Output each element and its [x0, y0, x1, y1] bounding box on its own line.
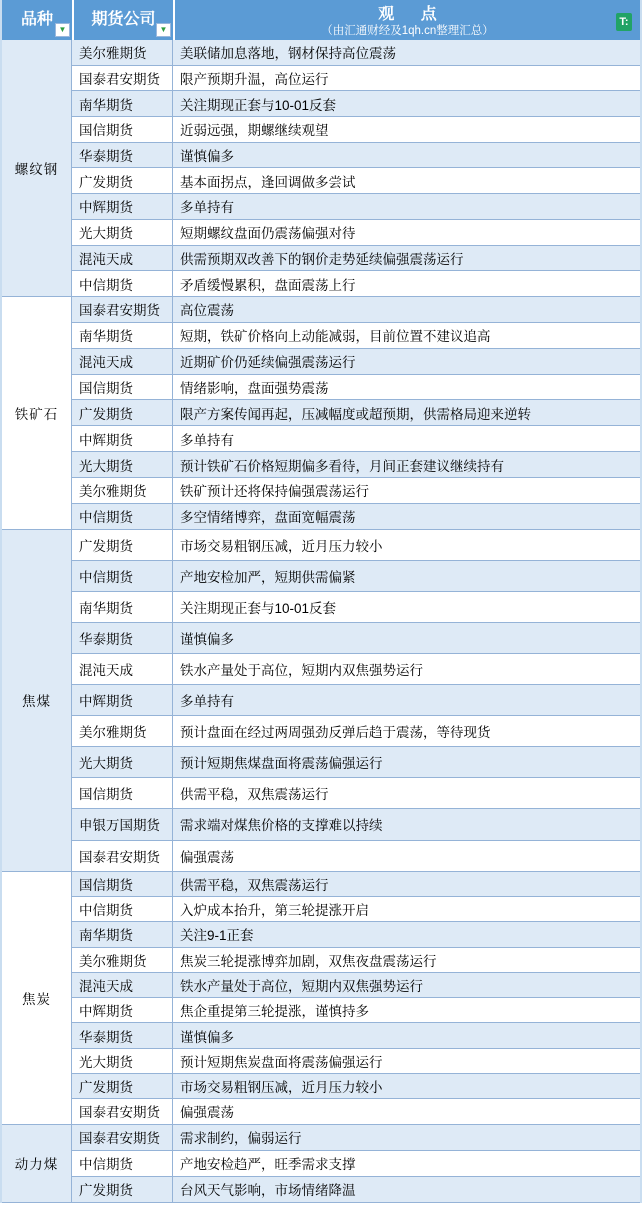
table-row: 中辉期货多单持有	[72, 194, 640, 220]
table-row: 美尔雅期货美联储加息落地，钢材保持高位震荡	[72, 40, 640, 66]
company-cell[interactable]: 国信期货	[72, 375, 173, 400]
table-row: 中信期货产地安检趋严，旺季需求支撑	[72, 1151, 640, 1177]
view-cell[interactable]: 限产方案传闻再起，压减幅度或超预期，供需格局迎来逆转	[173, 400, 640, 425]
view-cell[interactable]: 限产预期升温，高位运行	[173, 66, 640, 91]
view-cell[interactable]: 需求制约，偏弱运行	[173, 1125, 640, 1150]
table-row: 南华期货关注期现正套与10-01反套	[72, 592, 640, 623]
table-row: 国泰君安期货偏强震荡	[72, 841, 640, 872]
company-cell[interactable]: 国信期货	[72, 778, 173, 808]
table-row: 美尔雅期货预计盘面在经过两周强劲反弹后趋于震荡，等待现货	[72, 716, 640, 747]
section-rows: 国泰君安期货需求制约，偏弱运行中信期货产地安检趋严，旺季需求支撑广发期货台风天气…	[72, 1125, 640, 1203]
company-cell[interactable]: 美尔雅期货	[72, 478, 173, 503]
table-row: 华泰期货谨慎偏多	[72, 623, 640, 654]
company-cell[interactable]: 混沌天成	[72, 349, 173, 374]
view-column-title: 观 点	[378, 5, 436, 24]
table-row: 混沌天成近期矿价仍延续偏强震荡运行	[72, 349, 640, 375]
table-row: 广发期货台风天气影响，市场情绪降温	[72, 1177, 640, 1203]
company-cell[interactable]: 中信期货	[72, 504, 173, 529]
company-cell[interactable]: 光大期货	[72, 452, 173, 477]
table-row: 华泰期货谨慎偏多	[72, 1023, 640, 1048]
variety-cell[interactable]: 动力煤	[2, 1125, 72, 1203]
variety-cell[interactable]: 螺纹钢	[2, 40, 72, 297]
variety-cell[interactable]: 铁矿石	[2, 297, 72, 530]
company-column-title: 期货公司	[91, 11, 155, 29]
view-cell[interactable]: 关注期现正套与10-01反套	[173, 91, 640, 116]
company-cell[interactable]: 国信期货	[72, 872, 173, 896]
table-row: 中辉期货多单持有	[72, 685, 640, 716]
views-table: 品种 ▼ 期货公司 ▼ 观 点 （由汇通财经及1qh.cn整理汇总） T: 螺纹…	[0, 0, 642, 1203]
company-cell[interactable]: 广发期货	[72, 530, 173, 560]
table-body: 螺纹钢美尔雅期货美联储加息落地，钢材保持高位震荡国泰君安期货限产预期升温，高位运…	[2, 40, 640, 1203]
header-cell-view: 观 点 （由汇通财经及1qh.cn整理汇总） T:	[173, 0, 640, 40]
company-cell[interactable]: 南华期货	[72, 922, 173, 946]
company-cell[interactable]: 广发期货	[72, 1177, 173, 1202]
view-cell[interactable]: 入炉成本抬升，第三轮提涨开启	[173, 897, 640, 921]
huitong-logo-icon: T:	[616, 13, 632, 31]
company-cell[interactable]: 光大期货	[72, 747, 173, 777]
table-row: 光大期货预计短期焦煤盘面将震荡偏强运行	[72, 747, 640, 778]
view-cell[interactable]: 多空情绪博弈，盘面宽幅震荡	[173, 504, 640, 529]
table-header: 品种 ▼ 期货公司 ▼ 观 点 （由汇通财经及1qh.cn整理汇总） T:	[2, 0, 640, 40]
view-cell[interactable]: 供需平稳，双焦震荡运行	[173, 778, 640, 808]
table-row: 南华期货关注9-1正套	[72, 922, 640, 947]
header-cell-company: 期货公司 ▼	[72, 0, 173, 40]
table-row: 国泰君安期货限产预期升温，高位运行	[72, 66, 640, 92]
view-cell[interactable]: 供需预期双改善下的钢价走势延续偏强震荡运行	[173, 246, 640, 271]
company-cell[interactable]: 中信期货	[72, 1151, 173, 1176]
table-row: 国泰君安期货需求制约，偏弱运行	[72, 1125, 640, 1151]
view-cell[interactable]: 矛盾缓慢累积，盘面震荡上行	[173, 271, 640, 296]
view-cell[interactable]: 谨慎偏多	[173, 143, 640, 168]
section-rows: 广发期货市场交易粗钢压减，近月压力较小中信期货产地安检加严，短期供需偏紧南华期货…	[72, 530, 640, 872]
commodity-section: 焦煤广发期货市场交易粗钢压减，近月压力较小中信期货产地安检加严，短期供需偏紧南华…	[2, 530, 640, 872]
table-row: 华泰期货谨慎偏多	[72, 143, 640, 169]
table-row: 混沌天成供需预期双改善下的钢价走势延续偏强震荡运行	[72, 246, 640, 272]
company-cell[interactable]: 光大期货	[72, 220, 173, 245]
company-cell[interactable]: 美尔雅期货	[72, 40, 173, 65]
table-row: 广发期货市场交易粗钢压减，近月压力较小	[72, 1074, 640, 1099]
company-cell[interactable]: 南华期货	[72, 323, 173, 348]
table-row: 国信期货近弱远强，期螺继续观望	[72, 117, 640, 143]
commodity-section: 螺纹钢美尔雅期货美联储加息落地，钢材保持高位震荡国泰君安期货限产预期升温，高位运…	[2, 40, 640, 297]
company-cell[interactable]: 混沌天成	[72, 654, 173, 684]
view-cell[interactable]: 近弱远强，期螺继续观望	[173, 117, 640, 142]
company-cell[interactable]: 南华期货	[72, 592, 173, 622]
company-cell[interactable]: 国泰君安期货	[72, 1125, 173, 1150]
table-row: 南华期货短期，铁矿价格向上动能减弱，目前位置不建议追高	[72, 323, 640, 349]
table-row: 中辉期货多单持有	[72, 426, 640, 452]
company-cell[interactable]: 国泰君安期货	[72, 297, 173, 322]
section-rows: 美尔雅期货美联储加息落地，钢材保持高位震荡国泰君安期货限产预期升温，高位运行南华…	[72, 40, 640, 297]
view-cell[interactable]: 偏强震荡	[173, 1099, 640, 1123]
table-row: 混沌天成铁水产量处于高位，短期内双焦强势运行	[72, 654, 640, 685]
view-cell[interactable]: 焦企重提第三轮提涨，谨慎持多	[173, 998, 640, 1022]
header-cell-variety: 品种 ▼	[2, 0, 72, 40]
company-cell[interactable]: 中辉期货	[72, 685, 173, 715]
table-row: 国泰君安期货偏强震荡	[72, 1099, 640, 1124]
company-cell[interactable]: 国泰君安期货	[72, 66, 173, 91]
company-cell[interactable]: 美尔雅期货	[72, 716, 173, 746]
table-row: 中信期货入炉成本抬升，第三轮提涨开启	[72, 897, 640, 922]
variety-cell[interactable]: 焦煤	[2, 530, 72, 872]
commodity-section: 动力煤国泰君安期货需求制约，偏弱运行中信期货产地安检趋严，旺季需求支撑广发期货台…	[2, 1125, 640, 1203]
view-cell[interactable]: 谨慎偏多	[173, 623, 640, 653]
table-row: 光大期货预计短期焦炭盘面将震荡偏强运行	[72, 1049, 640, 1074]
company-cell[interactable]: 广发期货	[72, 1074, 173, 1098]
view-cell[interactable]: 多单持有	[173, 426, 640, 451]
company-cell[interactable]: 南华期货	[72, 91, 173, 116]
section-rows: 国泰君安期货高位震荡南华期货短期，铁矿价格向上动能减弱，目前位置不建议追高混沌天…	[72, 297, 640, 530]
view-cell[interactable]: 基本面拐点，逢回调做多尝试	[173, 168, 640, 193]
view-cell[interactable]: 谨慎偏多	[173, 1023, 640, 1047]
commodity-section: 铁矿石国泰君安期货高位震荡南华期货短期，铁矿价格向上动能减弱，目前位置不建议追高…	[2, 297, 640, 530]
variety-column-title: 品种	[21, 11, 53, 29]
view-cell[interactable]: 关注期现正套与10-01反套	[173, 592, 640, 622]
table-row: 广发期货基本面拐点，逢回调做多尝试	[72, 168, 640, 194]
view-cell[interactable]: 焦炭三轮提涨博弈加剧，双焦夜盘震荡运行	[173, 948, 640, 972]
company-cell[interactable]: 国信期货	[72, 117, 173, 142]
company-cell[interactable]: 中辉期货	[72, 426, 173, 451]
section-rows: 国信期货供需平稳，双焦震荡运行中信期货入炉成本抬升，第三轮提涨开启南华期货关注9…	[72, 872, 640, 1125]
table-row: 南华期货关注期现正套与10-01反套	[72, 91, 640, 117]
company-cell[interactable]: 中辉期货	[72, 194, 173, 219]
table-row: 国信期货情绪影响，盘面强势震荡	[72, 375, 640, 401]
view-cell[interactable]: 短期螺纹盘面仍震荡偏强对待	[173, 220, 640, 245]
view-cell[interactable]: 市场交易粗钢压减，近月压力较小	[173, 530, 640, 560]
table-row: 中信期货矛盾缓慢累积，盘面震荡上行	[72, 271, 640, 297]
view-cell[interactable]: 预计盘面在经过两周强劲反弹后趋于震荡，等待现货	[173, 716, 640, 746]
commodity-section: 焦炭国信期货供需平稳，双焦震荡运行中信期货入炉成本抬升，第三轮提涨开启南华期货关…	[2, 872, 640, 1125]
view-cell[interactable]: 需求端对煤焦价格的支撑难以持续	[173, 809, 640, 839]
company-cell[interactable]: 中信期货	[72, 271, 173, 296]
company-cell[interactable]: 申银万国期货	[72, 809, 173, 839]
futures-views-spreadsheet: 品种 ▼ 期货公司 ▼ 观 点 （由汇通财经及1qh.cn整理汇总） T: 螺纹…	[0, 0, 642, 1210]
filter-dropdown-icon: ▼	[59, 26, 67, 34]
table-row: 中辉期货焦企重提第三轮提涨，谨慎持多	[72, 998, 640, 1023]
company-cell[interactable]: 广发期货	[72, 168, 173, 193]
table-row: 申银万国期货需求端对煤焦价格的支撑难以持续	[72, 809, 640, 840]
table-row: 中信期货产地安检加严，短期供需偏紧	[72, 561, 640, 592]
view-cell[interactable]: 台风天气影响，市场情绪降温	[173, 1177, 640, 1202]
company-cell[interactable]: 混沌天成	[72, 246, 173, 271]
view-cell[interactable]: 铁矿预计还将保持偏强震荡运行	[173, 478, 640, 503]
table-row: 国信期货供需平稳，双焦震荡运行	[72, 872, 640, 897]
company-cell[interactable]: 国泰君安期货	[72, 841, 173, 871]
view-cell[interactable]: 产地安检加严，短期供需偏紧	[173, 561, 640, 591]
view-cell[interactable]: 高位震荡	[173, 297, 640, 322]
company-cell[interactable]: 广发期货	[72, 400, 173, 425]
table-row: 美尔雅期货焦炭三轮提涨博弈加剧，双焦夜盘震荡运行	[72, 948, 640, 973]
view-cell[interactable]: 铁水产量处于高位，短期内双焦强势运行	[173, 973, 640, 997]
variety-filter-button[interactable]: ▼	[55, 23, 70, 37]
variety-cell[interactable]: 焦炭	[2, 872, 72, 1125]
company-cell[interactable]: 光大期货	[72, 1049, 173, 1073]
company-cell[interactable]: 中信期货	[72, 561, 173, 591]
view-cell[interactable]: 关注9-1正套	[173, 922, 640, 946]
table-row: 美尔雅期货铁矿预计还将保持偏强震荡运行	[72, 478, 640, 504]
company-cell[interactable]: 华泰期货	[72, 1023, 173, 1047]
view-cell[interactable]: 铁水产量处于高位，短期内双焦强势运行	[173, 654, 640, 684]
view-cell[interactable]: 多单持有	[173, 194, 640, 219]
view-cell[interactable]: 预计铁矿石价格短期偏多看待，月间正套建议继续持有	[173, 452, 640, 477]
company-cell[interactable]: 国泰君安期货	[72, 1099, 173, 1123]
view-cell[interactable]: 预计短期焦炭盘面将震荡偏强运行	[173, 1049, 640, 1073]
view-cell[interactable]: 预计短期焦煤盘面将震荡偏强运行	[173, 747, 640, 777]
view-cell[interactable]: 偏强震荡	[173, 841, 640, 871]
view-cell[interactable]: 多单持有	[173, 685, 640, 715]
table-row: 混沌天成铁水产量处于高位，短期内双焦强势运行	[72, 973, 640, 998]
view-column-subtitle: （由汇通财经及1qh.cn整理汇总）	[321, 24, 494, 38]
filter-dropdown-icon: ▼	[160, 26, 168, 34]
view-cell[interactable]: 短期，铁矿价格向上动能减弱，目前位置不建议追高	[173, 323, 640, 348]
view-cell[interactable]: 供需平稳，双焦震荡运行	[173, 872, 640, 896]
table-row: 国信期货供需平稳，双焦震荡运行	[72, 778, 640, 809]
view-cell[interactable]: 市场交易粗钢压减，近月压力较小	[173, 1074, 640, 1098]
table-row: 广发期货市场交易粗钢压减，近月压力较小	[72, 530, 640, 561]
table-row: 国泰君安期货高位震荡	[72, 297, 640, 323]
table-row: 光大期货预计铁矿石价格短期偏多看待，月间正套建议继续持有	[72, 452, 640, 478]
company-cell[interactable]: 中辉期货	[72, 998, 173, 1022]
view-cell[interactable]: 近期矿价仍延续偏强震荡运行	[173, 349, 640, 374]
company-filter-button[interactable]: ▼	[156, 23, 171, 37]
view-cell[interactable]: 产地安检趋严，旺季需求支撑	[173, 1151, 640, 1176]
table-row: 中信期货多空情绪博弈，盘面宽幅震荡	[72, 504, 640, 530]
table-row: 光大期货短期螺纹盘面仍震荡偏强对待	[72, 220, 640, 246]
company-cell[interactable]: 华泰期货	[72, 623, 173, 653]
table-row: 广发期货限产方案传闻再起，压减幅度或超预期，供需格局迎来逆转	[72, 400, 640, 426]
company-cell[interactable]: 华泰期货	[72, 143, 173, 168]
view-cell[interactable]: 情绪影响，盘面强势震荡	[173, 375, 640, 400]
company-cell[interactable]: 美尔雅期货	[72, 948, 173, 972]
company-cell[interactable]: 混沌天成	[72, 973, 173, 997]
view-cell[interactable]: 美联储加息落地，钢材保持高位震荡	[173, 40, 640, 65]
company-cell[interactable]: 中信期货	[72, 897, 173, 921]
